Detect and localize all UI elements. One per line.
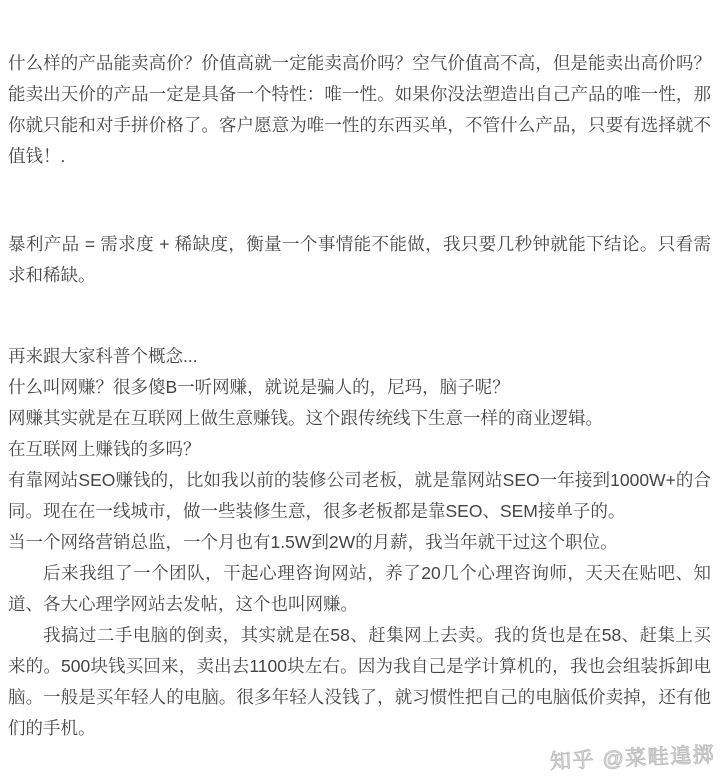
paragraph-seo-example: 有靠网站SEO赚钱的，比如我以前的装修公司老板，就是靠网站SEO一年接到1000…: [8, 465, 711, 527]
paragraph-high-price: 什么样的产品能卖高价？价值高就一定能卖高价吗？空气价值高不高，但是能卖出高价吗？…: [8, 48, 711, 172]
paragraph-wangzhuan-definition: 网赚其实就是在互联网上做生意赚钱。这个跟传统线下生意一样的商业逻辑。: [8, 403, 711, 434]
paragraph-psychology-team: 后来我组了一个团队，干起心理咨询网站，养了20几个心理咨询师，天天在贴吧、知道、…: [8, 558, 711, 620]
paragraph-profit-formula: 暴利产品 = 需求度 + 稀缺度，衡量一个事情能不能做，我只要几秒钟就能下结论。…: [8, 229, 711, 291]
paragraph-secondhand-computers: 我搞过二手电脑的倒卖，其实就是在58、赶集网上去卖。我的货也是在58、赶集上买来…: [8, 620, 711, 744]
paragraph-concept-intro: 再来跟大家科普个概念...: [8, 341, 711, 372]
screenshot-root: { "page": { "background": "#ffffff", "te…: [0, 0, 720, 779]
paragraph-marketing-director: 当一个网络营销总监，一个月也有1.5W到2W的月薪，我当年就干过这个职位。: [8, 527, 711, 558]
paragraph-what-is-wangzhuan: 什么叫网赚？很多傻B一听网赚，就说是骗人的，尼玛，脑子呢？: [8, 372, 711, 403]
article-body: 什么样的产品能卖高价？价值高就一定能卖高价吗？空气价值高不高，但是能卖出高价吗？…: [0, 0, 720, 744]
zhihu-watermark-text: 知乎 @菜畦遑掷: [549, 743, 715, 773]
paragraph-question-many: 在互联网上赚钱的多吗？: [8, 434, 711, 465]
wangzhuan-section: 再来跟大家科普个概念... 什么叫网赚？很多傻B一听网赚，就说是骗人的，尼玛，脑…: [8, 341, 711, 744]
